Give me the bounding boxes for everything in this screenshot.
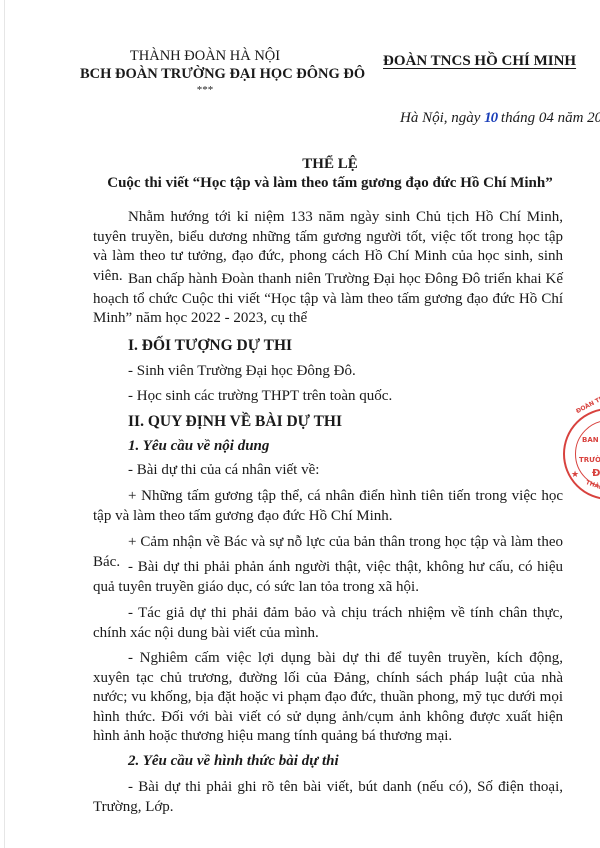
seal-text: TRƯỜNG (579, 456, 600, 464)
date-day-handwritten: 10 (484, 110, 497, 126)
section-heading: I. ĐỐI TƯỢNG DỰ THI (128, 337, 292, 355)
official-seal-stamp: ĐOÀN THANH NIÊN C BAN CHẤ ĐO TRƯỜNG ĐÔN … (563, 408, 600, 500)
document-subtitle: Cuộc thi viết “Học tập và làm theo tấm g… (0, 175, 600, 192)
subsection-heading: 2. Yêu cầu về hình thức bài dự thi (128, 753, 339, 770)
section-heading: II. QUY ĐỊNH VỀ BÀI DỰ THI (128, 413, 342, 431)
body-paragraph: + Những tấm gương tập thể, cá nhân điển … (93, 487, 563, 526)
body-paragraph: - Bài dự thi phải phản ánh người thật, v… (93, 558, 563, 597)
body-paragraph: - Nghiêm cấm việc lợi dụng bài dự thi để… (93, 649, 563, 747)
scan-edge-line (4, 0, 5, 848)
seal-text: BAN CHẤ (582, 436, 600, 444)
seal-star-icon: ★ (571, 470, 579, 480)
issuer-block: THÀNH ĐOÀN HÀ NỘI BCH ĐOÀN TRƯỜNG ĐẠI HỌ… (80, 47, 330, 97)
body-paragraph: - Tác giả dự thi phải đảm bảo và chịu tr… (93, 604, 563, 643)
document-title: THỂ LỆ (0, 156, 600, 173)
seal-ring-text: ĐOÀN THANH NIÊN C (575, 376, 600, 415)
parent-organization: THÀNH ĐOÀN HÀ NỘI (80, 47, 330, 65)
list-item: - Bài dự thi của cá nhân viết về: (128, 462, 319, 479)
subsection-heading: 1. Yêu cầu về nội dung (128, 438, 269, 455)
seal-text: ĐÔN (592, 468, 600, 479)
union-name: ĐOÀN TNCS HỒ CHÍ MINH (383, 53, 576, 70)
intro-paragraph: Ban chấp hành Đoàn thanh niên Trường Đại… (93, 270, 563, 329)
body-paragraph: - Bài dự thi phải ghi rõ tên bài viết, b… (93, 778, 563, 817)
issuing-organization: BCH ĐOÀN TRƯỜNG ĐẠI HỌC ĐÔNG ĐÔ (80, 65, 330, 83)
date-suffix: tháng 04 năm 2023 (497, 110, 600, 126)
list-item: - Học sinh các trường THPT trên toàn quố… (128, 388, 392, 405)
date-prefix: Hà Nội, ngày (400, 110, 484, 126)
separator-stars: *** (80, 83, 330, 97)
document-date: Hà Nội, ngày 10 tháng 04 năm 2023 (400, 110, 600, 127)
list-item: - Sinh viên Trường Đại học Đông Đô. (128, 363, 356, 380)
